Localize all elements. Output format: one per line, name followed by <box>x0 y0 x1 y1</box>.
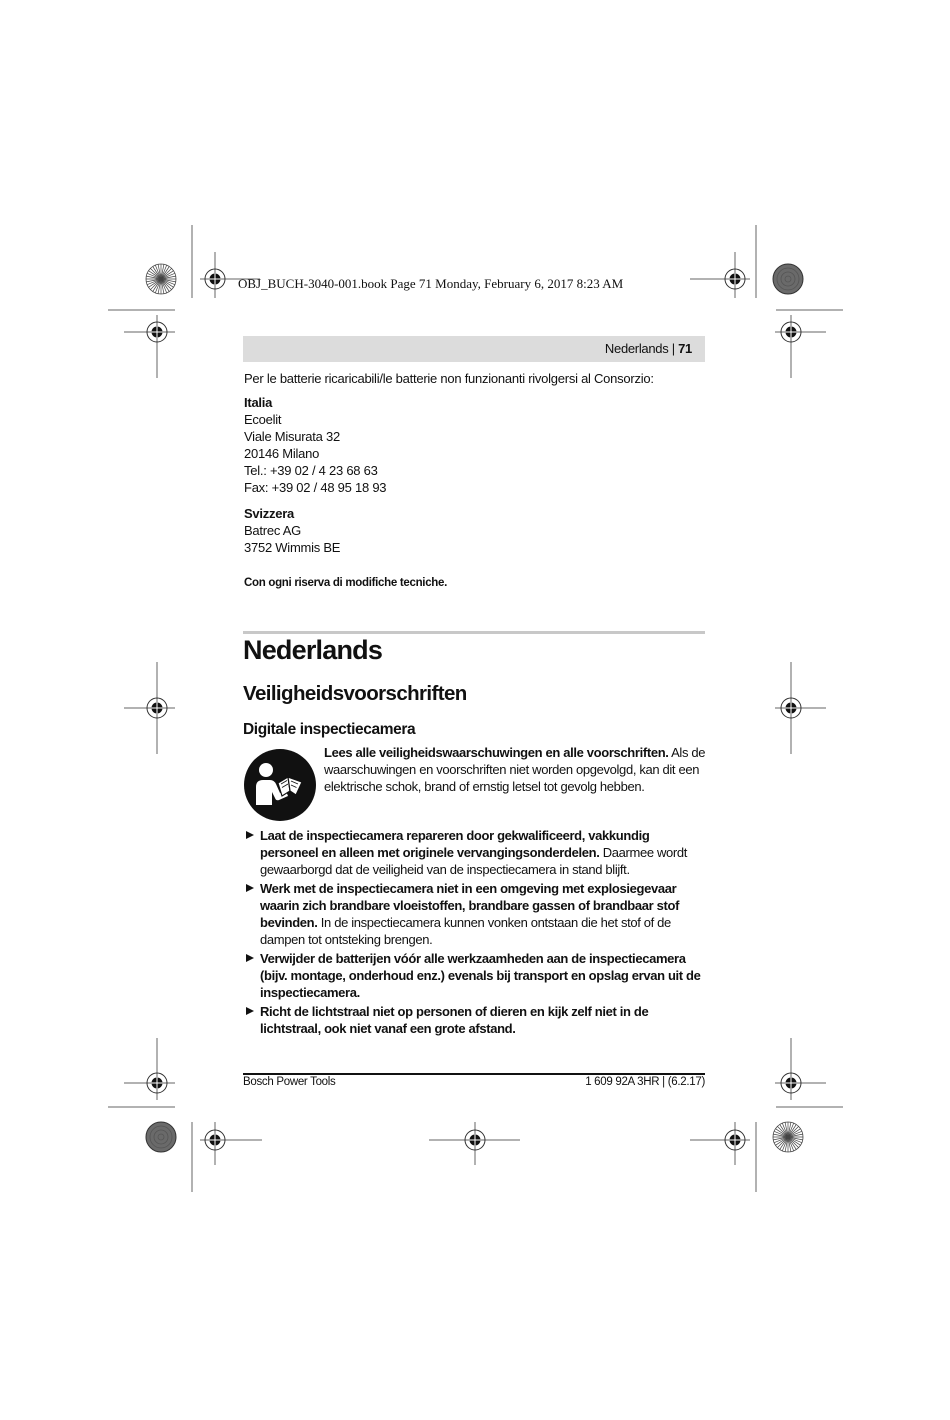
header-language: Nederlands <box>605 341 669 356</box>
bullet-triangle-icon <box>246 1007 254 1015</box>
address-fax: Fax: +39 02 / 48 95 18 93 <box>244 479 706 496</box>
header-separator: | <box>668 341 678 356</box>
safety-item: Richt de lichtstraal niet op personen of… <box>244 1003 708 1037</box>
address-block-italia: Italia Ecoelit Viale Misurata 32 20146 M… <box>244 394 706 496</box>
address-line: 20146 Milano <box>244 445 706 462</box>
print-slug: OBJ_BUCH-3040-001.book Page 71 Monday, F… <box>238 276 623 292</box>
general-warning-bold: Lees alle veiligheidswaarschuwingen en a… <box>324 745 669 760</box>
recycling-intro: Per le batterie ricaricabili/le batterie… <box>244 370 706 387</box>
address-country: Svizzera <box>244 505 706 522</box>
address-line: Viale Misurata 32 <box>244 428 706 445</box>
safety-item: Werk met de inspectiecamera niet in een … <box>244 880 708 948</box>
footer-divider <box>243 1073 705 1075</box>
address-line: Batrec AG <box>244 522 706 539</box>
safety-item: Laat de inspectiecamera repareren door g… <box>244 827 708 878</box>
safety-item-text: In de inspectiecamera kunnen vonken onts… <box>260 915 671 947</box>
header-label: Nederlands | 71 <box>605 341 692 356</box>
safety-item: Verwijder de batterijen vóór alle werkza… <box>244 950 708 1001</box>
bullet-triangle-icon <box>246 831 254 839</box>
page-header: Nederlands | 71 <box>243 336 705 362</box>
bullet-triangle-icon <box>246 884 254 892</box>
safety-list: Laat de inspectiecamera repareren door g… <box>244 827 708 1039</box>
section-title: Nederlands <box>243 633 382 667</box>
printer-marks <box>0 0 950 1420</box>
technical-changes-note: Con ogni riserva di modifiche tecniche. <box>244 575 706 592</box>
footer-publisher: Bosch Power Tools <box>243 1076 336 1088</box>
safety-item-bold: Verwijder de batterijen vóór alle werkza… <box>260 951 701 1000</box>
footer-doc-id: 1 609 92A 3HR | (6.2.17) <box>585 1076 705 1088</box>
address-country: Italia <box>244 394 706 411</box>
safety-item-bold: Richt de lichtstraal niet op personen of… <box>260 1004 648 1036</box>
safety-item-bold: Laat de inspectiecamera repareren door g… <box>260 828 649 860</box>
address-phone: Tel.: +39 02 / 4 23 68 63 <box>244 462 706 479</box>
address-line: 3752 Wimmis BE <box>244 539 706 556</box>
general-warning: Lees alle veiligheidswaarschuwingen en a… <box>324 744 709 795</box>
page-number: 71 <box>678 341 692 356</box>
bullet-triangle-icon <box>246 954 254 962</box>
address-line: Ecoelit <box>244 411 706 428</box>
section-subtitle: Veiligheidsvoorschriften <box>243 680 467 708</box>
address-block-svizzera: Svizzera Batrec AG 3752 Wimmis BE <box>244 505 706 556</box>
read-manual-icon <box>244 749 316 821</box>
section-subsubtitle: Digitale inspectiecamera <box>243 719 415 741</box>
